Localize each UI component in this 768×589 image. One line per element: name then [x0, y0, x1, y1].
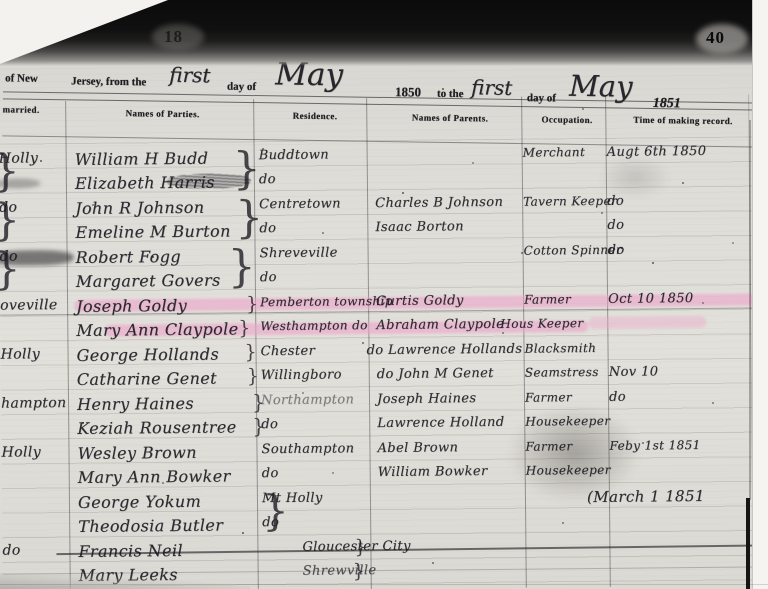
header-rule: [2, 135, 760, 147]
dust-specks: [0, 0, 2, 2]
scanned-ledger-page: Holly William H Budd Buddtown Merchant A…: [0, 0, 768, 589]
page-edge-line: [749, 120, 751, 500]
header-dayof-label: day of: [227, 81, 256, 93]
header-state-fragment: of New: [5, 72, 38, 84]
header-year: 1850: [395, 84, 421, 100]
header-from-label: Jersey, from the: [71, 75, 146, 88]
scan-bottom-line: [0, 584, 768, 585]
scan-edge-strip: [752, 0, 768, 589]
column-header-residence: Residence.: [268, 110, 363, 121]
column-header-married: married.: [3, 104, 63, 115]
printed-header-layer: of New Jersey, from the first day of May…: [0, 0, 768, 589]
column-header-time: Time of making record.: [611, 114, 756, 126]
column-header-parties: Names of Parties.: [98, 108, 228, 120]
header-rule: [3, 91, 761, 103]
page-edge-line: [746, 498, 750, 589]
header-month-script: May: [569, 69, 633, 104]
header-year: 1851: [653, 96, 681, 112]
scan-bottom-shadow: [0, 573, 250, 589]
header-dayof-label: day of: [527, 92, 556, 104]
header-first-script: first: [169, 63, 211, 88]
column-header-occupation: Occupation.: [530, 114, 605, 125]
page-number-left: 18: [164, 27, 183, 47]
column-header-parents: Names of Parents.: [388, 112, 513, 124]
page-number-right: 40: [706, 28, 725, 48]
header-first-script: first: [471, 75, 513, 100]
header-to-label: to the: [437, 88, 464, 100]
